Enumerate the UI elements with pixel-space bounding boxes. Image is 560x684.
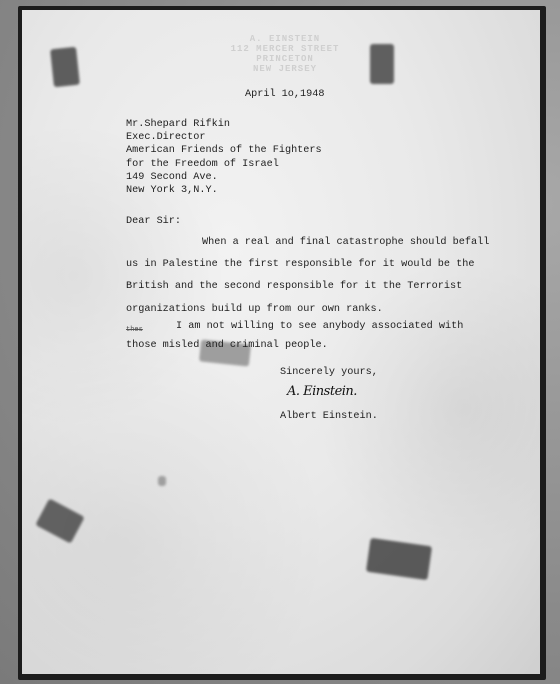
letter-date: April 1o,1948 bbox=[245, 89, 324, 100]
recipient-address: Mr.Shepard Rifkin Exec.Director American… bbox=[126, 118, 322, 197]
address-line: Exec.Director bbox=[126, 131, 322, 144]
paragraph-line: I am not willing to see anybody associat… bbox=[126, 317, 463, 336]
signed-name: Albert Einstein. bbox=[280, 411, 378, 422]
letter-page: A. EINSTEIN 112 MERCER STREET PRINCETON … bbox=[22, 10, 540, 674]
letterhead-line: NEW JERSEY bbox=[230, 64, 340, 74]
letterhead-line: PRINCETON bbox=[230, 54, 340, 64]
letterhead-line: 112 MERCER STREET bbox=[230, 44, 340, 54]
tape-mark bbox=[50, 47, 80, 88]
stain-mark bbox=[158, 476, 166, 486]
closing: Sincerely yours, bbox=[280, 367, 378, 378]
salutation: Dear Sir: bbox=[126, 216, 181, 227]
address-line: 149 Second Ave. bbox=[126, 171, 322, 184]
tape-mark bbox=[370, 44, 394, 84]
paragraph-line: British and the second responsible for i… bbox=[126, 276, 489, 298]
address-line: American Friends of the Fighters bbox=[126, 144, 322, 157]
struck-out-word: thes bbox=[126, 326, 143, 334]
tape-mark bbox=[35, 498, 84, 543]
paragraph-1: When a real and final catastrophe should… bbox=[126, 232, 489, 321]
address-line: Mr.Shepard Rifkin bbox=[126, 118, 322, 131]
paragraph-line: us in Palestine the first responsible fo… bbox=[126, 254, 489, 276]
paragraph-line: those misled and criminal people. bbox=[126, 336, 463, 355]
paragraph-2: I am not willing to see anybody associat… bbox=[126, 317, 463, 355]
tape-mark bbox=[366, 538, 432, 580]
address-line: for the Freedom of Israel bbox=[126, 158, 322, 171]
address-line: New York 3,N.Y. bbox=[126, 184, 322, 197]
paragraph-line: When a real and final catastrophe should… bbox=[126, 232, 489, 254]
handwritten-signature: A. Einstein. bbox=[287, 384, 357, 399]
letterhead: A. EINSTEIN 112 MERCER STREET PRINCETON … bbox=[230, 34, 340, 74]
letterhead-line: A. EINSTEIN bbox=[230, 34, 340, 44]
